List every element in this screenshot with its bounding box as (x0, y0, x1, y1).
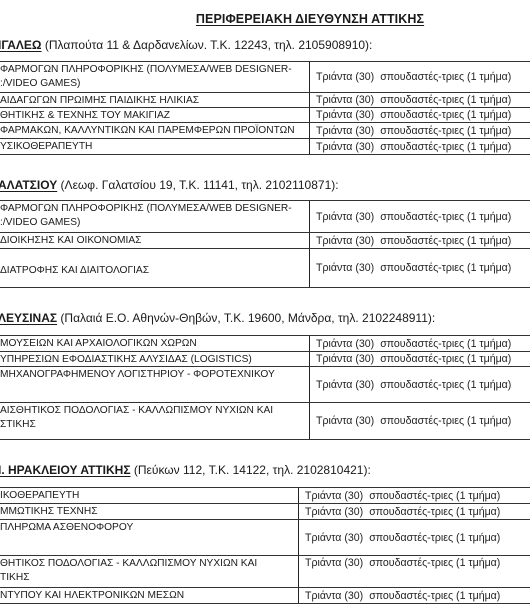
specialty-cell: ΦΑΡΜΟΓΩΝ ΠΛΗΡΟΦΟΡΙΚΗΣ (ΠΟΛΥΜΕΣΑ/WEB DESI… (0, 62, 310, 92)
specialty-cell: ΜΗΧΑΝΟΓΡΑΦΗΜΕΝΟΥ ΛΟΓΙΣΤΗΡΙΟΥ - ΦΟΡΟΤΕΧΝΙ… (0, 367, 310, 402)
capacity-description: σπουδαστές-τριες (1 τμήμα) (380, 109, 511, 121)
table-row: ΠΛΗΡΩΜΑ ΑΣΘΕΝΟΦΟΡΟΥ Τριάντα (30)σπουδαστ… (0, 519, 530, 555)
capacity-description: σπουδαστές-τριες (1 τμήμα) (369, 532, 500, 544)
capacity-description: σπουδαστές-τριες (1 τμήμα) (380, 262, 511, 274)
school-details: (Πεύκων 112, Τ.Κ. 14122, τηλ. 2102810421… (131, 463, 371, 477)
capacity-cell: Τριάντα (30)σπουδαστές-τριες (1 τμήμα) (310, 336, 530, 351)
table-row: ΥΠΗΡΕΣΙΩΝ ΕΦΟΔΙΑΣΤΙΚΗΣ ΑΛΥΣΙΔΑΣ (LOGISTI… (0, 351, 530, 366)
table-row: ΔΙΑΤΡΟΦΗΣ ΚΑΙ ΔΙΑΙΤΟΛΟΓΙΑΣΤριάντα (30)σπ… (0, 248, 530, 287)
capacity-cell: Τριάντα (30)σπουδαστές-τριες (1 τμήμα) (299, 488, 530, 503)
capacity-count: Τριάντα (30) (316, 125, 374, 137)
table-row: ΦΑΡΜΑΚΩΝ, ΚΑΛΛΥΝΤΙΚΩΝ ΚΑΙ ΠΑΡΕΜΦΕΡΩΝ ΠΡΟ… (0, 122, 530, 138)
table-row: ΑΙΔΑΓΩΓΩΝ ΠΡΩΙΜΗΣ ΠΑΙΔΙΚΗΣ ΗΛΙΚΙΑΣΤριάντ… (0, 92, 530, 107)
specialty-cell: ΥΠΗΡΕΣΙΩΝ ΕΦΟΔΙΑΣΤΙΚΗΣ ΑΛΥΣΙΔΑΣ (LOGISTI… (0, 352, 310, 366)
specialties-table: ΙΚΟΘΕΡΑΠΕΥΤΗΤριάντα (30)σπουδαστές-τριες… (0, 487, 530, 604)
capacity-description: σπουδαστές-τριες (1 τμήμα) (380, 235, 511, 247)
capacity-description: σπουδαστές-τριες (1 τμήμα) (369, 490, 500, 502)
capacity-cell: Τριάντα (30)σπουδαστές-τριες (1 τμήμα) (310, 233, 530, 248)
specialty-cell: ΦΑΡΜΑΚΩΝ, ΚΑΛΛΥΝΤΙΚΩΝ ΚΑΙ ΠΑΡΕΜΦΕΡΩΝ ΠΡΟ… (0, 123, 310, 138)
capacity-description: σπουδαστές-τριες (1 τμήμα) (380, 379, 511, 391)
capacity-cell: Τριάντα (30)σπουδαστές-τριες (1 τμήμα) (310, 403, 530, 439)
school-name: ΛΕΥΣΙΝΑΣ (0, 311, 57, 325)
capacity-cell: Τριάντα (30)σπουδαστές-τριες (1 τμήμα) (299, 520, 530, 555)
section-heading: ΙΓΑΛΕΩ (Πλαπούτα 11 & Δαρδανελίων. Τ.Κ. … (0, 38, 372, 52)
specialty-cell: ΝΤΥΠΟΥ ΚΑΙ ΗΛΕΚΤΡΟΝΙΚΩΝ ΜΕΣΩΝ (0, 588, 299, 603)
school-details: (Λεωφ. Γαλατσίου 19, Τ.Κ. 11141, τηλ. 21… (57, 178, 338, 192)
table-row: ΜΟΥΣΕΙΩΝ ΚΑΙ ΑΡΧΑΙΟΛΟΓΙΚΩΝ ΧΩΡΩΝΤριάντα … (0, 336, 530, 351)
capacity-count: Τριάντα (30) (316, 262, 374, 274)
capacity-count: Τριάντα (30) (316, 353, 374, 365)
capacity-count: Τριάντα (30) (305, 532, 363, 544)
capacity-cell: Τριάντα (30)σπουδαστές-τριες (1 τμήμα) (299, 556, 530, 587)
specialty-cell: ΜΜΩΤΙΚΗΣ ΤΕΧΝΗΣ (0, 504, 299, 519)
capacity-description: σπουδαστές-τριες (1 τμήμα) (380, 211, 511, 223)
capacity-cell: Τριάντα (30)σπουδαστές-τριες (1 τμήμα) (310, 93, 530, 107)
capacity-count: Τριάντα (30) (305, 506, 363, 518)
specialties-table: ΦΑΡΜΟΓΩΝ ΠΛΗΡΟΦΟΡΙΚΗΣ (ΠΟΛΥΜΕΣΑ/WEB DESI… (0, 61, 530, 155)
school-name: ΑΛΑΤΣΙΟΥ (0, 178, 57, 192)
specialty-cell: ΔΙΟΙΚΗΣΗΣ ΚΑΙ ΟΙΚΟΝΟΜΙΑΣ (0, 233, 310, 248)
capacity-cell: Τριάντα (30)σπουδαστές-τριες (1 τμήμα) (310, 249, 530, 287)
table-row: ΝΤΥΠΟΥ ΚΑΙ ΗΛΕΚΤΡΟΝΙΚΩΝ ΜΕΣΩΝΤριάντα (30… (0, 587, 530, 603)
capacity-count: Τριάντα (30) (316, 235, 374, 247)
capacity-count: Τριάντα (30) (316, 211, 374, 223)
capacity-count: Τριάντα (30) (316, 71, 374, 83)
specialty-cell: ΦΑΡΜΟΓΩΝ ΠΛΗΡΟΦΟΡΙΚΗΣ (ΠΟΛΥΜΕΣΑ/WEB DESI… (0, 201, 310, 232)
capacity-count: Τριάντα (30) (316, 338, 374, 350)
specialty-cell: ΥΣΙΚΟΘΕΡΑΠΕΥΤΗ (0, 139, 310, 154)
capacity-count: Τριάντα (30) (316, 141, 374, 153)
section-heading: I. ΗΡΑΚΛΕΙΟΥ ΑΤΤΙΚΗΣ (Πεύκων 112, Τ.Κ. 1… (0, 463, 371, 477)
table-row: ΘΗΤΙΚΟΣ ΠΟΔΟΛΟΓΙΑΣ - ΚΑΛΛΩΠΙΣΜΟΥ ΝΥΧΙΩΝ … (0, 555, 530, 587)
school-details: (Πλαπούτα 11 & Δαρδανελίων. Τ.Κ. 12243, … (42, 38, 373, 52)
capacity-cell: Τριάντα (30)σπουδαστές-τριες (1 τμήμα) (299, 504, 530, 519)
section-heading: ΛΕΥΣΙΝΑΣ (Παλαιά Ε.Ο. Αθηνών-Θηβών, Τ.Κ.… (0, 311, 435, 325)
table-row: ΘΗΤΙΚΗΣ & ΤΕΧΝΗΣ ΤΟΥ ΜΑΚΙΓΙΑΖΤριάντα (30… (0, 107, 530, 122)
specialty-cell: ΜΟΥΣΕΙΩΝ ΚΑΙ ΑΡΧΑΙΟΛΟΓΙΚΩΝ ΧΩΡΩΝ (0, 336, 310, 351)
capacity-description: σπουδαστές-τριες (1 τμήμα) (369, 557, 500, 569)
capacity-count: Τριάντα (30) (305, 490, 363, 502)
specialties-table: ΜΟΥΣΕΙΩΝ ΚΑΙ ΑΡΧΑΙΟΛΟΓΙΚΩΝ ΧΩΡΩΝΤριάντα … (0, 335, 530, 440)
capacity-description: σπουδαστές-τριες (1 τμήμα) (369, 590, 500, 602)
specialty-cell: ΘΗΤΙΚΗΣ & ΤΕΧΝΗΣ ΤΟΥ ΜΑΚΙΓΙΑΖ (0, 108, 310, 122)
capacity-count: Τριάντα (30) (316, 94, 374, 106)
capacity-description: σπουδαστές-τριες (1 τμήμα) (380, 125, 511, 137)
capacity-description: σπουδαστές-τριες (1 τμήμα) (380, 415, 511, 427)
capacity-cell: Τριάντα (30)σπουδαστές-τριες (1 τμήμα) (310, 201, 530, 232)
table-row: ΦΑΡΜΟΓΩΝ ΠΛΗΡΟΦΟΡΙΚΗΣ (ΠΟΛΥΜΕΣΑ/WEB DESI… (0, 62, 530, 92)
capacity-cell: Τριάντα (30)σπουδαστές-τριες (1 τμήμα) (310, 108, 530, 122)
capacity-count: Τριάντα (30) (305, 590, 363, 602)
page-title: ΠΕΡΙΦΕΡΕΙΑΚΗ ΔΙΕΥΘΥΝΣΗ ΑΤΤΙΚΗΣ (0, 12, 530, 26)
capacity-count: Τριάντα (30) (316, 109, 374, 121)
table-row: ΔΙΟΙΚΗΣΗΣ ΚΑΙ ΟΙΚΟΝΟΜΙΑΣΤριάντα (30)σπου… (0, 232, 530, 248)
page-title-text: ΠΕΡΙΦΕΡΕΙΑΚΗ ΔΙΕΥΘΥΝΣΗ ΑΤΤΙΚΗΣ (106, 12, 424, 26)
school-name: I. ΗΡΑΚΛΕΙΟΥ ΑΤΤΙΚΗΣ (0, 463, 131, 477)
capacity-count: Τριάντα (30) (316, 415, 374, 427)
capacity-cell: Τριάντα (30)σπουδαστές-τριες (1 τμήμα) (310, 367, 530, 402)
table-row: ΥΣΙΚΟΘΕΡΑΠΕΥΤΗΤριάντα (30)σπουδαστές-τρι… (0, 138, 530, 154)
specialty-cell: ΔΙΑΤΡΟΦΗΣ ΚΑΙ ΔΙΑΙΤΟΛΟΓΙΑΣ (0, 249, 310, 287)
capacity-count: Τριάντα (30) (316, 379, 374, 391)
capacity-cell: Τριάντα (30)σπουδαστές-τριες (1 τμήμα) (310, 62, 530, 92)
school-name: ΙΓΑΛΕΩ (0, 38, 42, 52)
capacity-cell: Τριάντα (30)σπουδαστές-τριες (1 τμήμα) (310, 139, 530, 154)
school-details: (Παλαιά Ε.Ο. Αθηνών-Θηβών, Τ.Κ. 19600, Μ… (57, 311, 435, 325)
specialty-cell: ΘΗΤΙΚΟΣ ΠΟΔΟΛΟΓΙΑΣ - ΚΑΛΛΩΠΙΣΜΟΥ ΝΥΧΙΩΝ … (0, 556, 299, 587)
table-row: ΜΗΧΑΝΟΓΡΑΦΗΜΕΝΟΥ ΛΟΓΙΣΤΗΡΙΟΥ - ΦΟΡΟΤΕΧΝΙ… (0, 366, 530, 402)
specialty-cell: ΠΛΗΡΩΜΑ ΑΣΘΕΝΟΦΟΡΟΥ (0, 520, 299, 555)
capacity-description: σπουδαστές-τριες (1 τμήμα) (380, 353, 511, 365)
specialty-cell: ΑΙΣΘΗΤΙΚΟΣ ΠΟΔΟΛΟΓΙΑΣ - ΚΑΛΛΩΠΙΣΜΟΥ ΝΥΧΙ… (0, 403, 310, 439)
capacity-cell: Τριάντα (30)σπουδαστές-τριες (1 τμήμα) (299, 588, 530, 603)
capacity-cell: Τριάντα (30)σπουδαστές-τριες (1 τμήμα) (310, 352, 530, 366)
specialties-table: ΦΑΡΜΟΓΩΝ ΠΛΗΡΟΦΟΡΙΚΗΣ (ΠΟΛΥΜΕΣΑ/WEB DESI… (0, 200, 530, 288)
table-row: ΜΜΩΤΙΚΗΣ ΤΕΧΝΗΣΤριάντα (30)σπουδαστές-τρ… (0, 503, 530, 519)
capacity-count: Τριάντα (30) (305, 557, 363, 569)
capacity-cell: Τριάντα (30)σπουδαστές-τριες (1 τμήμα) (310, 123, 530, 138)
specialty-cell: ΑΙΔΑΓΩΓΩΝ ΠΡΩΙΜΗΣ ΠΑΙΔΙΚΗΣ ΗΛΙΚΙΑΣ (0, 93, 310, 107)
capacity-description: σπουδαστές-τριες (1 τμήμα) (380, 141, 511, 153)
table-row: ΦΑΡΜΟΓΩΝ ΠΛΗΡΟΦΟΡΙΚΗΣ (ΠΟΛΥΜΕΣΑ/WEB DESI… (0, 201, 530, 232)
capacity-description: σπουδαστές-τριες (1 τμήμα) (380, 94, 511, 106)
capacity-description: σπουδαστές-τριες (1 τμήμα) (380, 338, 511, 350)
specialty-cell: ΙΚΟΘΕΡΑΠΕΥΤΗ (0, 488, 299, 503)
section-heading: ΑΛΑΤΣΙΟΥ (Λεωφ. Γαλατσίου 19, Τ.Κ. 11141… (0, 178, 339, 192)
capacity-description: σπουδαστές-τριες (1 τμήμα) (369, 506, 500, 518)
table-row: ΑΙΣΘΗΤΙΚΟΣ ΠΟΔΟΛΟΓΙΑΣ - ΚΑΛΛΩΠΙΣΜΟΥ ΝΥΧΙ… (0, 402, 530, 439)
table-row: ΙΚΟΘΕΡΑΠΕΥΤΗΤριάντα (30)σπουδαστές-τριες… (0, 488, 530, 503)
capacity-description: σπουδαστές-τριες (1 τμήμα) (380, 71, 511, 83)
